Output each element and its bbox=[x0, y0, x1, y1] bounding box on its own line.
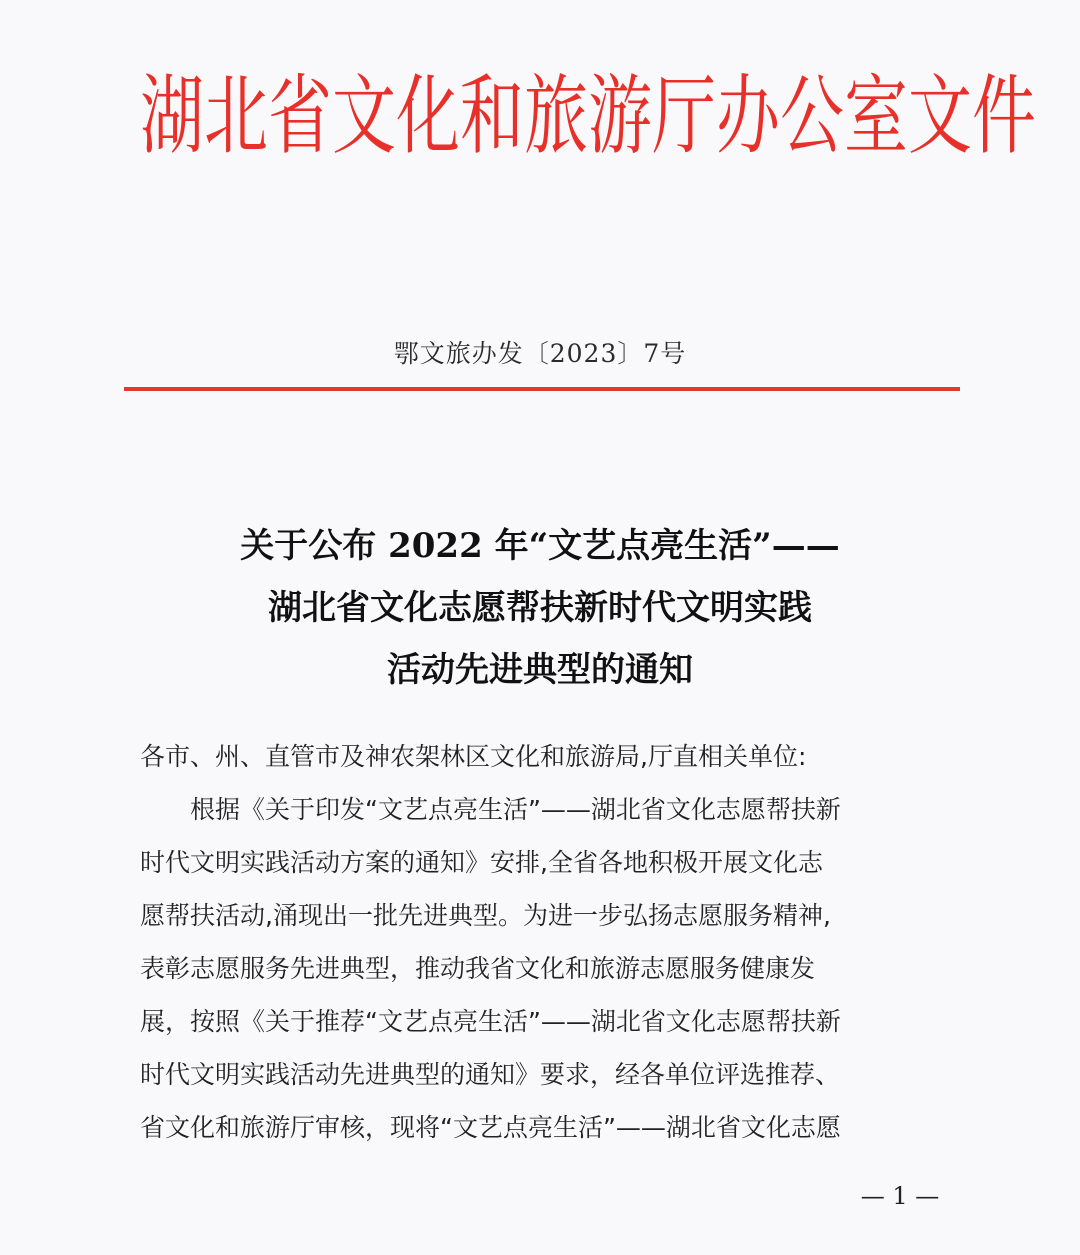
document-number: 鄂文旅办发〔2023〕7号 bbox=[0, 334, 1080, 370]
notice-title-line: 关于公布 2022 年“文艺点亮生活”—— bbox=[0, 515, 1080, 577]
issuer-char: 和 bbox=[460, 43, 524, 192]
issuer-header: 湖 北 省 文 化 和 旅 游 厅 办 公 室 文 件 bbox=[140, 43, 945, 192]
notice-title-line: 湖北省文化志愿帮扶新时代文明实践 bbox=[0, 577, 1080, 639]
issuer-char: 北 bbox=[204, 43, 268, 192]
issuer-char: 旅 bbox=[524, 43, 588, 192]
issuer-char: 室 bbox=[844, 43, 908, 192]
issuer-char: 湖 bbox=[140, 43, 204, 192]
paragraph-line: 根据《关于印发“文艺点亮生活”——湖北省文化志愿帮扶新 bbox=[140, 783, 940, 836]
document-page: 湖 北 省 文 化 和 旅 游 厅 办 公 室 文 件 鄂文旅办发〔2023〕7… bbox=[0, 0, 1080, 1255]
paragraph-line: 表彰志愿服务先进典型，推动我省文化和旅游志愿服务健康发 bbox=[140, 942, 940, 995]
red-separator-line bbox=[124, 387, 960, 391]
issuer-char: 厅 bbox=[652, 43, 716, 192]
notice-title-line: 活动先进典型的通知 bbox=[0, 639, 1080, 701]
issuer-char: 公 bbox=[780, 43, 844, 192]
issuer-char: 件 bbox=[972, 43, 1036, 192]
paragraph-line: 愿帮扶活动,涌现出一批先进典型。为进一步弘扬志愿服务精神, bbox=[140, 889, 940, 942]
page-number: — 1 — bbox=[850, 1182, 950, 1210]
notice-title: 关于公布 2022 年“文艺点亮生活”—— 湖北省文化志愿帮扶新时代文明实践 活… bbox=[0, 515, 1080, 701]
issuer-char: 文 bbox=[332, 43, 396, 192]
paragraph-line: 省文化和旅游厅审核，现将“文艺点亮生活”——湖北省文化志愿 bbox=[140, 1101, 940, 1154]
issuer-char: 文 bbox=[908, 43, 972, 192]
paragraph-line: 时代文明实践活动先进典型的通知》要求，经各单位评选推荐、 bbox=[140, 1048, 940, 1101]
salutation: 各市、州、直管市及神农架林区文化和旅游局,厅直相关单位: bbox=[140, 730, 940, 783]
body-text: 各市、州、直管市及神农架林区文化和旅游局,厅直相关单位: 根据《关于印发“文艺点… bbox=[140, 730, 940, 1154]
issuer-char: 办 bbox=[716, 43, 780, 192]
issuer-char: 游 bbox=[588, 43, 652, 192]
paragraph-line: 展，按照《关于推荐“文艺点亮生活”——湖北省文化志愿帮扶新 bbox=[140, 995, 940, 1048]
issuer-char: 省 bbox=[268, 43, 332, 192]
issuer-char: 化 bbox=[396, 43, 460, 192]
paragraph-line: 时代文明实践活动方案的通知》安排,全省各地积极开展文化志 bbox=[140, 836, 940, 889]
